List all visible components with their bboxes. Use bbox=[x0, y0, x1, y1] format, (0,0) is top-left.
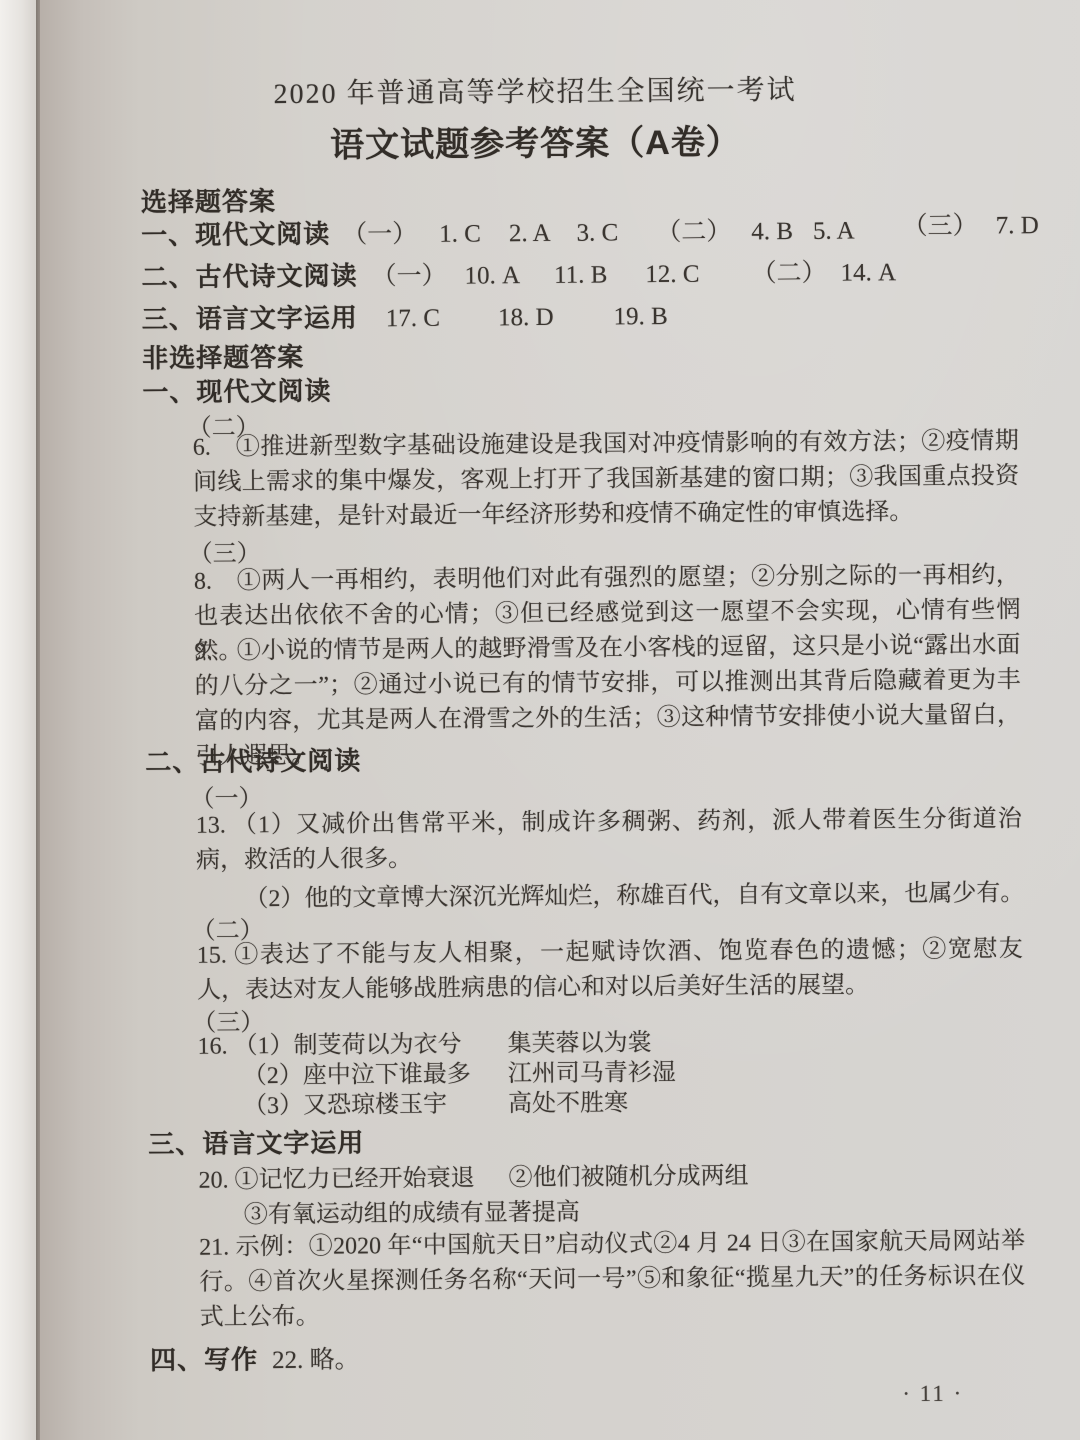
q16-line-first-half: 16. （1）制芰荷以为衣兮 bbox=[197, 1030, 507, 1060]
group-label: （三） bbox=[903, 213, 978, 241]
non-choice-heading: 非选择题答案 bbox=[142, 340, 304, 375]
choice-row-modern-reading: 一、现代文阅读（一）1. C2. A3. C（二）4. B5. A（三）7. D bbox=[141, 208, 1039, 257]
section-writing-row: 四、写作22. 略。 bbox=[150, 1338, 360, 1377]
answer-item: 18. D bbox=[498, 304, 554, 331]
answer-q22: 22. 略。 bbox=[272, 1346, 360, 1374]
answer-q16-row1: 16. （1）制芰荷以为衣兮集芙蓉以为裳 bbox=[197, 1029, 651, 1061]
q16-line-first-half: （2）座中泣下谁最多 bbox=[243, 1060, 508, 1090]
doc-subtitle: 语文试题参考答案（A卷） bbox=[33, 112, 1037, 169]
answer-item: 2. A bbox=[509, 220, 551, 247]
answer-q15: 15. ①表达了不能与友人相聚，一起赋诗饮酒、饱览春色的遗憾；②宽慰友人，表达对… bbox=[197, 932, 1024, 1008]
answer-q21: 21. 示例：①2020 年“中国航天日”启动仪式②4 月 24 日③在国家航天… bbox=[199, 1224, 1026, 1335]
answer-item: 14. A bbox=[840, 259, 896, 286]
answer-item: 4. B bbox=[751, 218, 793, 245]
group-label: （一） bbox=[371, 263, 446, 291]
section-label: 一、现代文阅读 bbox=[141, 219, 330, 250]
q20-item-2: ②他们被随机分成两组 bbox=[508, 1163, 748, 1191]
page-number: · 11 · bbox=[902, 1381, 963, 1407]
group-label: （二） bbox=[751, 260, 826, 288]
q16-line-second-half: 高处不胜寒 bbox=[508, 1090, 628, 1117]
q16-line-first-half: （3）又恐琼楼玉宇 bbox=[243, 1090, 508, 1120]
section-language-use-heading: 三、语言文字运用 bbox=[148, 1125, 364, 1161]
scanned-answer-sheet-page: 2020 年普通高等学校招生全国统一考试 语文试题参考答案（A卷） 选择题答案 … bbox=[0, 0, 1080, 1440]
choice-row-language-use: 三、语言文字运用17. C18. D19. B bbox=[142, 295, 668, 341]
answer-item: 10. A bbox=[464, 262, 520, 289]
answer-item: 3. C bbox=[576, 219, 618, 246]
answer-item: 17. C bbox=[386, 305, 440, 332]
doc-title: 2020 年普通高等学校招生全国统一考试 bbox=[33, 66, 1037, 114]
section-modern-reading-heading: 一、现代文阅读 bbox=[142, 374, 331, 409]
choice-row-classical-reading: 二、古代诗文阅读（一）10. A11. B12. C（二）14. A bbox=[141, 251, 896, 299]
answer-q20-line2: ③有氧运动组的成绩有显著提高 bbox=[244, 1192, 580, 1230]
answer-item: 1. C bbox=[439, 220, 481, 247]
section-classical-reading-heading: 二、古代诗文阅读 bbox=[145, 743, 361, 779]
q20-item-1: 20. ①记忆力已经开始衰退 bbox=[198, 1157, 508, 1194]
answer-q20-line1: 20. ①记忆力已经开始衰退②他们被随机分成两组 bbox=[198, 1155, 748, 1194]
answer-item: 19. B bbox=[613, 303, 667, 330]
answer-q16-row2: （2）座中泣下谁最多江州司马青衫湿 bbox=[243, 1059, 676, 1090]
answer-item: 12. C bbox=[645, 261, 699, 288]
answer-item: 11. B bbox=[554, 261, 607, 288]
answer-item: 7. D bbox=[996, 212, 1039, 239]
q16-line-second-half: 江州司马青衫湿 bbox=[508, 1060, 676, 1087]
answer-q6: 6. ①推进新型数字基础设施建设是我国对冲疫情影响的有效方法；②疫情期间线上需求… bbox=[193, 424, 1020, 535]
section-writing-label: 四、写作 bbox=[150, 1344, 258, 1375]
section-label: 三、语言文字运用 bbox=[142, 302, 358, 334]
group-label: （二） bbox=[656, 218, 731, 246]
page-content: 2020 年普通高等学校招生全国统一考试 语文试题参考答案（A卷） 选择题答案 … bbox=[0, 0, 1080, 1440]
answer-item: 5. A bbox=[813, 218, 855, 245]
answer-q16-row3: （3）又恐琼楼玉宇高处不胜寒 bbox=[243, 1089, 628, 1120]
q16-line-second-half: 集芙蓉以为裳 bbox=[507, 1030, 651, 1057]
section-label: 二、古代诗文阅读 bbox=[141, 260, 357, 292]
answer-q13-part1: 13. （1）又减价出售常平米，制成许多稠粥、药剂，派人带着医生分街道治病，救活… bbox=[196, 802, 1023, 878]
answer-q13-part2: （2）他的文章博大深沉光辉灿烂，称雄百代，自有文章以来，也属少有。 bbox=[244, 872, 1024, 913]
group-label: （一） bbox=[342, 221, 417, 249]
